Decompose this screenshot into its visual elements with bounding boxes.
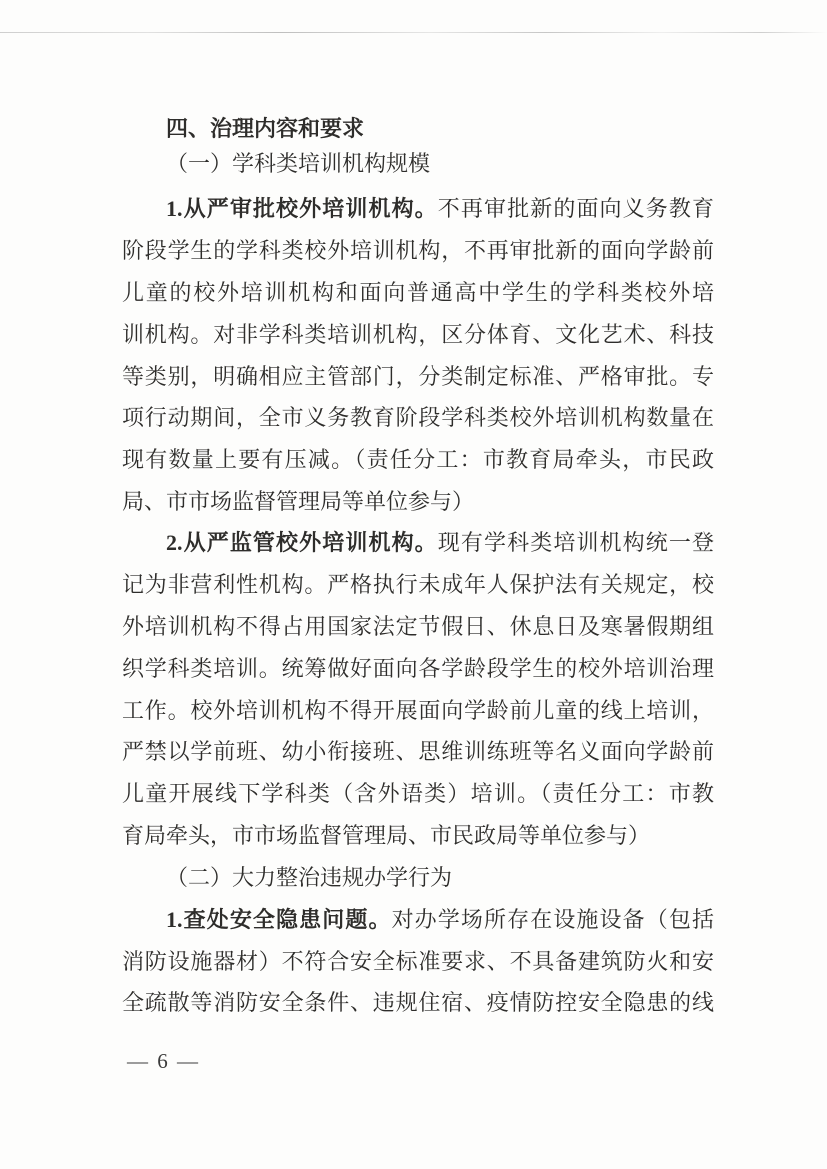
paragraph-line: 外培训机构不得占用国家法定节假日、休息日及寒暑假期组 <box>122 606 714 648</box>
paragraph-text: 现有学科类培训机构统一登 <box>438 530 714 555</box>
paragraph-line: 局、市市场监督管理局等单位参与） <box>122 481 714 523</box>
subsection-heading: （一）学科类培训机构规模 <box>122 143 714 185</box>
paragraph-line: 全疏散等消防安全条件、违规住宿、疫情防控安全隐患的线 <box>122 982 714 1024</box>
subsection-heading: （二）大力整治违规办学行为 <box>122 857 714 899</box>
paragraph-line: 1.从严审批校外培训机构。不再审批新的面向义务教育 <box>122 188 714 230</box>
paragraph-lead: 1.查处安全隐患问题。 <box>166 907 392 932</box>
paragraph-line: 等类别，明确相应主管部门，分类制定标准、严格审批。专 <box>122 356 714 398</box>
paragraph-line: 织学科类培训。统筹做好面向各学龄段学生的校外培训治理 <box>122 648 714 690</box>
paragraph-line: 1.查处安全隐患问题。对办学场所存在设施设备（包括 <box>122 899 714 941</box>
paragraph-line: 项行动期间，全市义务教育阶段学科类校外培训机构数量在 <box>122 397 714 439</box>
scan-artifact-line <box>0 32 827 33</box>
paragraph-line: 训机构。对非学科类培训机构，区分体育、文化艺术、科技 <box>122 314 714 356</box>
paragraph-line: 记为非营利性机构。严格执行未成年人保护法有关规定，校 <box>122 564 714 606</box>
paragraph-line: 儿童的校外培训机构和面向普通高中学生的学科类校外培 <box>122 272 714 314</box>
paragraph-lead: 1.从严审批校外培训机构。 <box>166 196 438 221</box>
paragraph-text: 不再审批新的面向义务教育 <box>438 196 714 221</box>
paragraph-line: 工作。校外培训机构不得开展面向学龄前儿童的线上培训， <box>122 690 714 732</box>
paragraph-line: 阶段学生的学科类校外培训机构，不再审批新的面向学龄前 <box>122 230 714 272</box>
paragraph-line: 2.从严监管校外培训机构。现有学科类培训机构统一登 <box>122 522 714 564</box>
page-number: — 6 — <box>127 1040 200 1082</box>
paragraph-line: 儿童开展线下学科类（含外语类）培训。（责任分工：市教 <box>122 773 714 815</box>
paragraph-line: 严禁以学前班、幼小衔接班、思维训练班等名义面向学龄前 <box>122 731 714 773</box>
paragraph-text: 对办学场所存在设施设备（包括 <box>392 907 714 932</box>
paragraph-line: 现有数量上要有压减。（责任分工：市教育局牵头，市民政 <box>122 439 714 481</box>
paragraph-lead: 2.从严监管校外培训机构。 <box>166 530 438 555</box>
paragraph-line: 消防设施器材）不符合安全标准要求、不具备建筑防火和安 <box>122 941 714 983</box>
paragraph-line: 育局牵头，市市场监督管理局、市民政局等单位参与） <box>122 815 714 857</box>
document-page: 四、治理内容和要求 （一）学科类培训机构规模 1.从严审批校外培训机构。不再审批… <box>0 0 827 1169</box>
